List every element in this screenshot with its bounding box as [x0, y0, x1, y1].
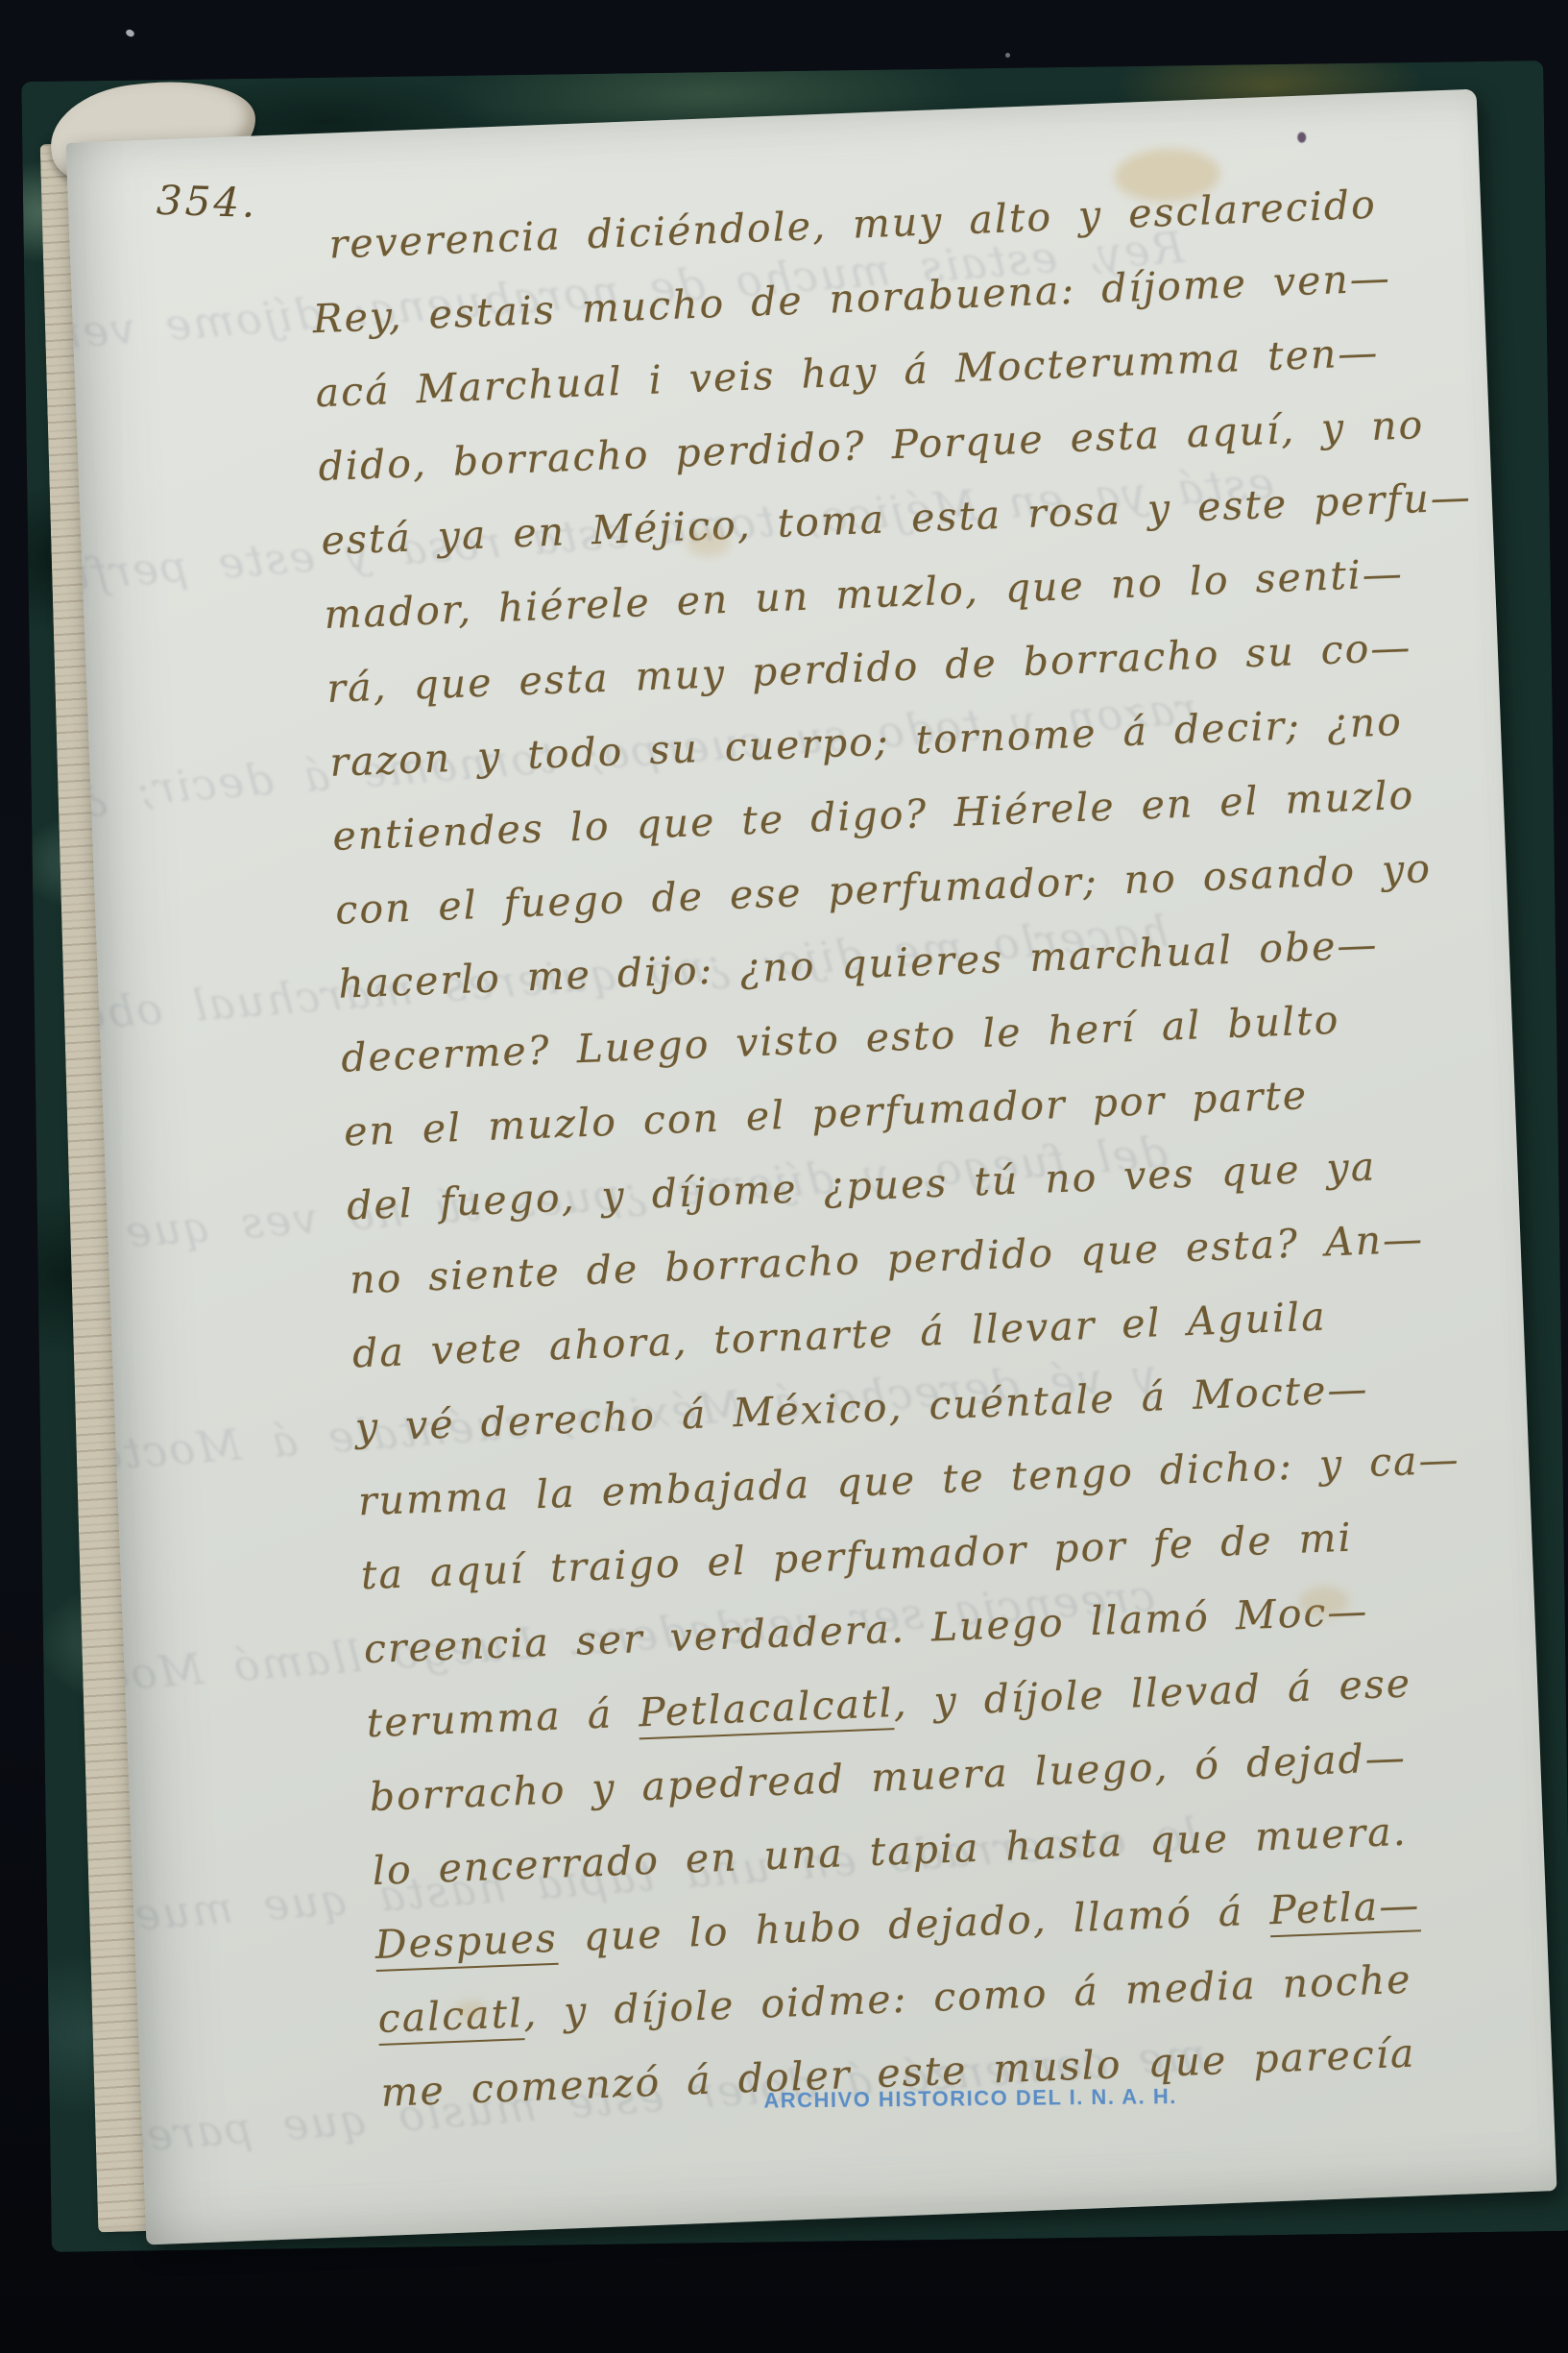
dust-speck	[125, 28, 135, 37]
dust-speck	[1005, 53, 1010, 58]
manuscript-text: reverencia diciéndole, muy alto y esclar…	[309, 178, 1534, 2144]
archive-stamp: ARCHIVO HISTORICO DEL I. N. A. H.	[763, 2084, 1177, 2114]
underlined-text: Petlacalcatl	[638, 1680, 894, 1739]
photo-backdrop: Rey, estais mucho de norabuena: díjome v…	[0, 0, 1568, 2353]
underlined-text: Despues	[374, 1915, 559, 1972]
manuscript-page: Rey, estais mucho de norabuena: díjome v…	[66, 89, 1557, 2245]
underlined-text: calcatl	[377, 1990, 524, 2046]
text-segment: terumma á	[366, 1689, 639, 1746]
page-number: 354.	[156, 177, 258, 227]
underlined-text: Petla—	[1268, 1881, 1421, 1937]
